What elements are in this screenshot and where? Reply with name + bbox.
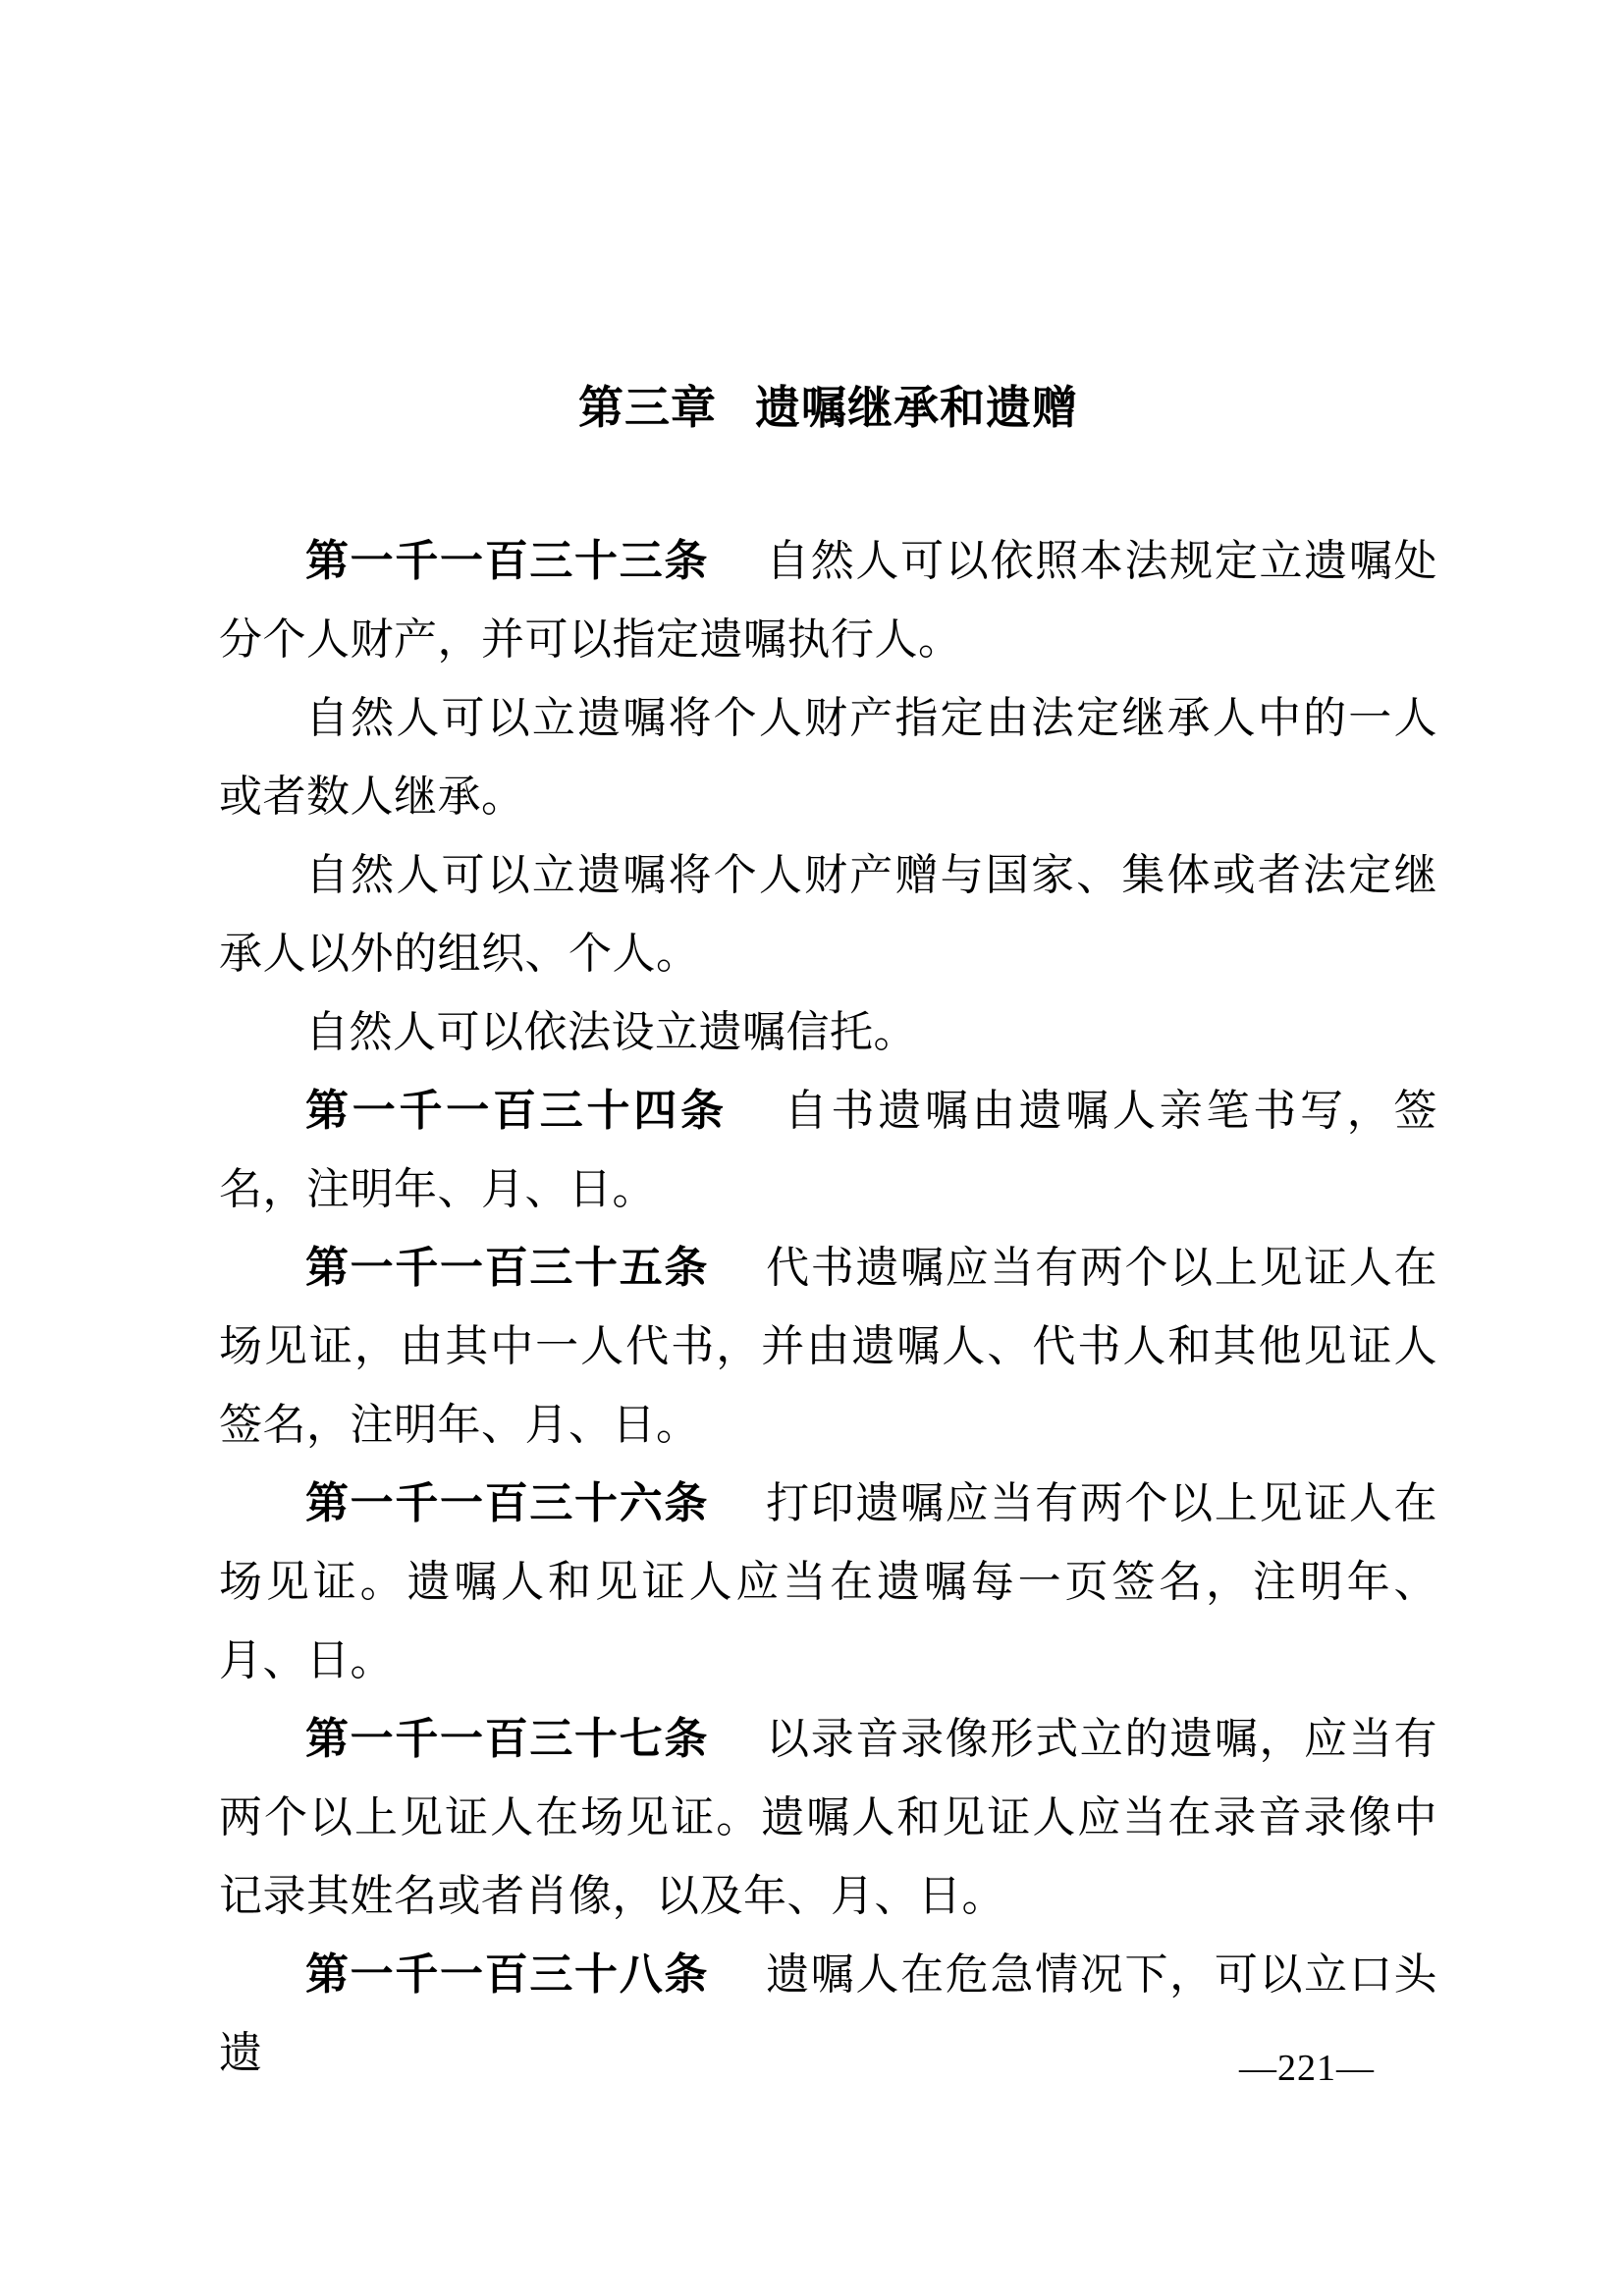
article-paragraphs: 第一千一百三十三条自然人可以依照本法规定立遗嘱处分个人财产，并可以指定遗嘱执行人… xyxy=(219,522,1437,2093)
page-content: 第三章遗嘱继承和遗赠 第一千一百三十三条自然人可以依照本法规定立遗嘱处分个人财产… xyxy=(219,368,1437,2093)
article-paragraph: 自然人可以立遗嘱将个人财产指定由法定继承人中的一人或者数人继承。 xyxy=(219,679,1437,836)
article-number: 第一千一百三十五条 xyxy=(305,1244,709,1292)
article-number: 第一千一百三十四条 xyxy=(305,1087,728,1135)
article-number: 第一千一百三十三条 xyxy=(305,537,709,585)
document-page: 第三章遗嘱继承和遗赠 第一千一百三十三条自然人可以依照本法规定立遗嘱处分个人财产… xyxy=(0,0,1624,2296)
article-paragraph: 第一千一百三十五条代书遗嘱应当有两个以上见证人在场见证，由其中一人代书，并由遗嘱… xyxy=(219,1229,1437,1465)
article-text: 自然人可以立遗嘱将个人财产赠与国家、集体或者法定继承人以外的组织、个人。 xyxy=(219,851,1437,978)
chapter-title: 第三章遗嘱继承和遗赠 xyxy=(219,368,1437,447)
article-text: 自然人可以依法设立遗嘱信托。 xyxy=(305,1008,917,1056)
page-number: —221— xyxy=(1239,2047,1375,2090)
article-text: 自然人可以立遗嘱将个人财产指定由法定继承人中的一人或者数人继承。 xyxy=(219,694,1437,821)
article-number: 第一千一百三十六条 xyxy=(305,1479,709,1527)
article-paragraph: 第一千一百三十四条自书遗嘱由遗嘱人亲笔书写，签名，注明年、月、日。 xyxy=(219,1072,1437,1229)
article-number: 第一千一百三十八条 xyxy=(305,1950,709,1999)
chapter-name: 遗嘱继承和遗赠 xyxy=(755,382,1078,433)
article-paragraph: 第一千一百三十七条以录音录像形式立的遗嘱，应当有两个以上见证人在场见证。遗嘱人和… xyxy=(219,1700,1437,1936)
chapter-label: 第三章 xyxy=(578,382,717,433)
article-paragraph: 第一千一百三十三条自然人可以依照本法规定立遗嘱处分个人财产，并可以指定遗嘱执行人… xyxy=(219,522,1437,679)
article-paragraph: 自然人可以依法设立遗嘱信托。 xyxy=(219,993,1437,1072)
article-number: 第一千一百三十七条 xyxy=(305,1715,709,1763)
article-paragraph: 自然人可以立遗嘱将个人财产赠与国家、集体或者法定继承人以外的组织、个人。 xyxy=(219,836,1437,993)
article-paragraph: 第一千一百三十六条打印遗嘱应当有两个以上见证人在场见证。遗嘱人和见证人应当在遗嘱… xyxy=(219,1465,1437,1700)
